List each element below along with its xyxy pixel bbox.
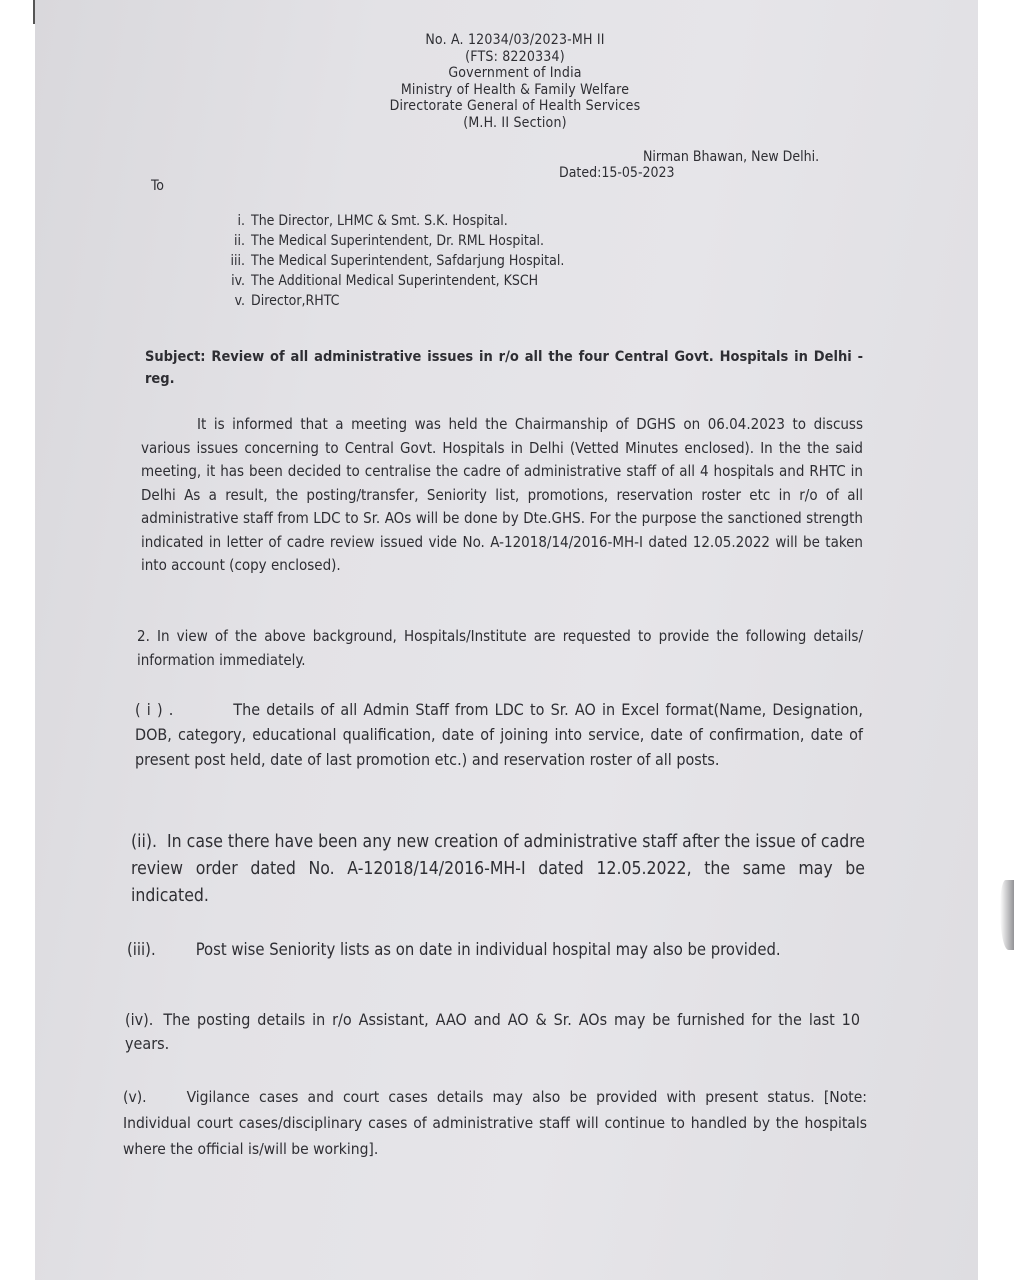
paper-fold-shadow: [1000, 880, 1014, 950]
recipient-number: ii.: [213, 231, 251, 251]
paragraph-1-text: It is informed that a meeting was held t…: [141, 415, 863, 574]
reference-number: No. A. 12034/03/2023-MH II: [335, 32, 695, 49]
paragraph-1: It is informed that a meeting was held t…: [141, 413, 863, 578]
recipient-item: iv. The Additional Medical Superintenden…: [213, 271, 564, 291]
recipient-item: ii. The Medical Superintendent, Dr. RML …: [213, 231, 564, 251]
subject-line: Subject: Review of all administrative is…: [145, 346, 863, 390]
recipient-text: The Director, LHMC & Smt. S.K. Hospital.: [251, 211, 508, 231]
recipient-number: iv.: [213, 271, 251, 291]
recipient-text: The Medical Superintendent, Safdarjung H…: [251, 251, 564, 271]
request-item-number: (iv).: [125, 1010, 153, 1029]
request-item-text: Vigilance cases and court cases details …: [123, 1088, 867, 1158]
government-name: Government of India: [335, 65, 695, 82]
paragraph-2: 2. In view of the above background, Hosp…: [137, 625, 863, 672]
request-item-number: (ii).: [131, 832, 157, 852]
letter-date: Dated:15-05-2023: [559, 165, 675, 181]
request-item-text: The details of all Admin Staff from LDC …: [135, 700, 863, 769]
request-item: (ii).In case there have been any new cre…: [131, 829, 865, 910]
letter-place: Nirman Bhawan, New Delhi.: [643, 149, 819, 165]
to-label: To: [151, 178, 164, 194]
page-edge-mark: [33, 0, 35, 24]
recipient-item: i. The Director, LHMC & Smt. S.K. Hospit…: [213, 211, 564, 231]
request-item: (v).Vigilance cases and court cases deta…: [123, 1084, 867, 1162]
letter-page: No. A. 12034/03/2023-MH II (FTS: 8220334…: [35, 0, 978, 1280]
request-item-text: The posting details in r/o Assistant, AA…: [125, 1010, 860, 1053]
recipient-number: iii.: [213, 251, 251, 271]
request-item: (iii).Post wise Seniority lists as on da…: [127, 935, 867, 964]
recipient-item: iii. The Medical Superintendent, Safdarj…: [213, 251, 564, 271]
request-item: ( i ) .The details of all Admin Staff fr…: [135, 697, 863, 772]
recipient-number: i.: [213, 211, 251, 231]
recipient-item: v. Director,RHTC: [213, 291, 564, 311]
recipient-text: The Medical Superintendent, Dr. RML Hosp…: [251, 231, 544, 251]
recipient-text: Director,RHTC: [251, 291, 339, 311]
request-item-text: In case there have been any new creation…: [131, 832, 865, 906]
section-name: (M.H. II Section): [335, 115, 695, 132]
fts-number: (FTS: 8220334): [335, 49, 695, 66]
recipient-number: v.: [213, 291, 251, 311]
ministry-name: Ministry of Health & Family Welfare: [335, 82, 695, 99]
request-item: (iv).The posting details in r/o Assistan…: [125, 1008, 860, 1056]
request-item-number: (iii).: [127, 940, 156, 959]
request-item-number: (v).: [123, 1088, 147, 1106]
request-item-number: ( i ) .: [135, 700, 173, 719]
directorate-name: Directorate General of Health Services: [335, 98, 695, 115]
letter-header: No. A. 12034/03/2023-MH II (FTS: 8220334…: [335, 32, 695, 131]
recipient-text: The Additional Medical Superintendent, K…: [251, 271, 538, 291]
recipient-list: i. The Director, LHMC & Smt. S.K. Hospit…: [213, 211, 564, 311]
request-item-text: Post wise Seniority lists as on date in …: [196, 940, 781, 959]
